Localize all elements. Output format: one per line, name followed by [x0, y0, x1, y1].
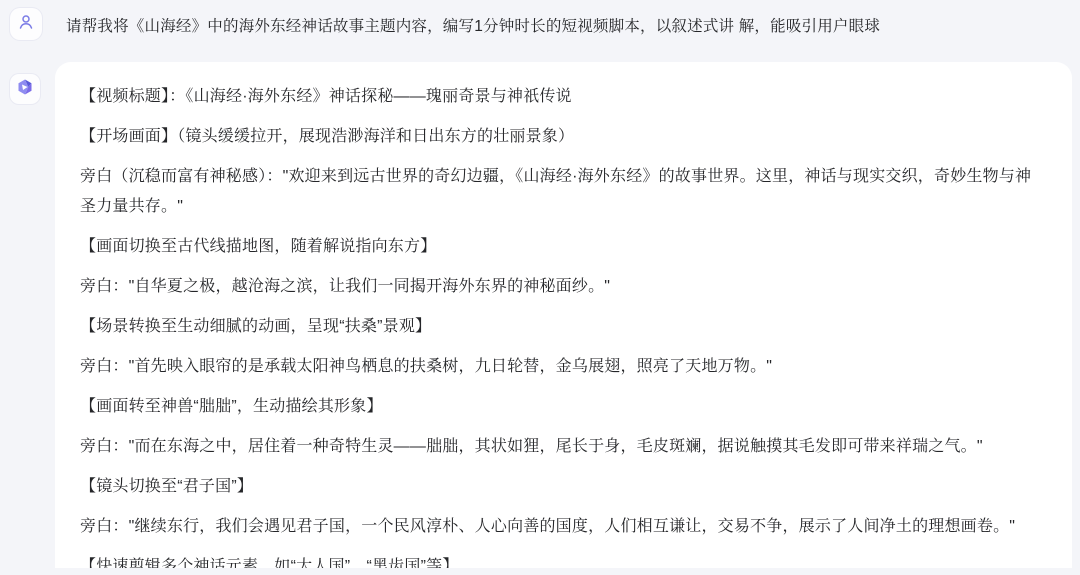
script-narration-line: 旁白："自华夏之极，越沧海之滨，让我们一同揭开海外东界的神秘面纱。"	[80, 272, 1046, 302]
user-message-text: 请帮我将《山海经》中的海外东经神话故事主题内容，编写1分钟时长的短视频脚本，以叙…	[66, 15, 1050, 39]
script-narration-line: 旁白："而在东海之中，居住着一种奇特生灵——朏朏，其状如狸，尾长于身，毛皮斑斓，…	[80, 432, 1046, 462]
script-narration-line: 旁白（沉稳而富有神秘感）："欢迎来到远古世界的奇幻边疆，《山海经·海外东经》的故…	[80, 162, 1046, 222]
script-scene-line: 【开场画面】（镜头缓缓拉开，展现浩渺海洋和日出东方的壮丽景象）	[80, 122, 1046, 152]
person-icon	[17, 13, 35, 36]
chat-conversation: 请帮我将《山海经》中的海外东经神话故事主题内容，编写1分钟时长的短视频脚本，以叙…	[0, 0, 1080, 575]
script-scene-line: 【画面转至神兽“朏朏”，生动描绘其形象】	[80, 392, 1046, 422]
script-scene-line: 【快速剪辑多个神话元素，如“大人国”、“黑齿国”等】	[80, 552, 1046, 568]
user-message-row: 请帮我将《山海经》中的海外东经神话故事主题内容，编写1分钟时长的短视频脚本，以叙…	[0, 0, 1080, 62]
assistant-response-card: 【视频标题】：《山海经·海外东经》神话探秘——瑰丽奇景与神祇传说 【开场画面】（…	[55, 62, 1072, 568]
script-scene-line: 【镜头切换至“君子国”】	[80, 472, 1046, 502]
script-title-line: 【视频标题】：《山海经·海外东经》神话探秘——瑰丽奇景与神祇传说	[80, 82, 1046, 112]
assistant-logo-icon	[16, 78, 34, 101]
assistant-avatar	[10, 74, 40, 104]
script-scene-line: 【场景转换至生动细腻的动画，呈现“扶桑”景观】	[80, 312, 1046, 342]
user-avatar	[10, 8, 42, 40]
script-scene-line: 【画面切换至古代线描地图，随着解说指向东方】	[80, 232, 1046, 262]
script-narration-line: 旁白："继续东行，我们会遇见君子国，一个民风淳朴、人心向善的国度，人们相互谦让，…	[80, 512, 1046, 542]
script-narration-line: 旁白："首先映入眼帘的是承载太阳神鸟栖息的扶桑树，九日轮替，金乌展翅，照亮了天地…	[80, 352, 1046, 382]
